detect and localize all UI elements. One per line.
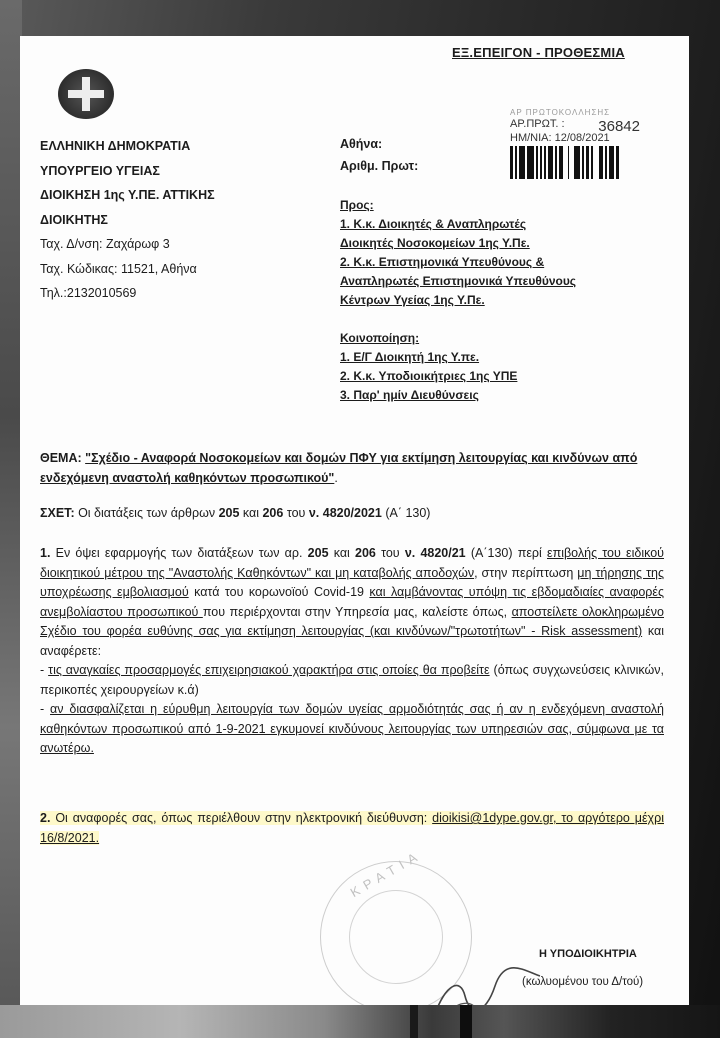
sender-line: ΔΙΟΙΚΗΤΗΣ (40, 208, 215, 233)
subject-label: ΘΕΜΑ: (40, 451, 82, 465)
recipients-block: Προς: 1. Κ.κ. Διοικητές & Αναπληρωτές Δι… (340, 196, 576, 405)
recipient-line: Αναπληρωτές Επιστημονικά Υπευθύνους (340, 272, 576, 291)
recipient-line: Κέντρων Υγείας 1ης Υ.Πε. (340, 291, 576, 310)
protocol-label: Αριθμ. Πρωτ: (340, 155, 418, 177)
related-article: 206 (262, 506, 283, 520)
subject-line: ΘΕΜΑ: "Σχέδιο - Αναφορά Νοσοκομείων και … (40, 449, 664, 488)
sender-line: ΥΠΟΥΡΓΕΙΟ ΥΓΕΙΑΣ (40, 159, 215, 184)
background-photo-left (0, 0, 22, 1038)
place-protocol-block: Αθήνα: Αριθμ. Πρωτ: (340, 133, 418, 177)
bullet-dash: - (40, 663, 48, 677)
background-stripe (460, 1005, 472, 1038)
background-stripe (410, 1005, 418, 1038)
signer-title: Η ΥΠΟΔΙΟΙΚΗΤΡΙΑ (539, 948, 637, 960)
paragraph-1: 1. Εν όψει εφαρμογής των διατάξεων των α… (40, 544, 664, 759)
bullet-item: - τις αναγκαίες προσαρμογές επιχειρησιακ… (40, 661, 664, 700)
related-reference: ΣΧΕΤ: Οι διατάξεις των άρθρων 205 και 20… (40, 504, 664, 524)
sender-line: Τηλ.:2132010569 (40, 281, 215, 306)
related-law: ν. 4820/2021 (309, 506, 382, 520)
bullet-underlined: τις αναγκαίες προσαρμογές επιχειρησιακού… (48, 663, 489, 677)
paragraph-text: κατά του κορωνοϊού Covid-19 (189, 585, 370, 599)
place-date-label: Αθήνα: (340, 133, 418, 155)
signer-note: (κωλυομένου του Δ/τού) (522, 976, 643, 988)
cc-line: 1. Ε/Γ Διοικητή 1ης Υ.πε. (340, 348, 576, 367)
paragraph-text: του (376, 546, 405, 560)
barcode-icon (510, 146, 689, 179)
sender-line: ΕΛΛΗΝΙΚΗ ΔΗΜΟΚΡΑΤΙΑ (40, 134, 215, 159)
related-text: και (239, 506, 262, 520)
paragraph-text: και (329, 546, 356, 560)
bullet-item: - αν διασφαλίζεται η εύρυθμη λειτουργία … (40, 700, 664, 759)
paragraph-text: , στην περίπτωση (474, 566, 577, 580)
paragraph-2: 2. Οι αναφορές σας, όπως περιέλθουν στην… (40, 809, 664, 848)
greek-coat-of-arms-icon (58, 69, 114, 119)
sender-line: Ταχ. Δ/νση: Ζαχάρωφ 3 (40, 232, 215, 257)
sender-line: Ταχ. Κώδικας: 11521, Αθήνα (40, 257, 215, 282)
cc-line: 2. Κ.κ. Υποδιοικήτριες 1ης ΥΠΕ (340, 367, 576, 386)
urgency-label: ΕΞ.ΕΠΕΙΓΟΝ - ΠΡΟΘΕΣΜΙΑ (452, 45, 625, 60)
sender-block: ΕΛΛΗΝΙΚΗ ΔΗΜΟΚΡΑΤΙΑ ΥΠΟΥΡΓΕΙΟ ΥΓΕΙΑΣ ΔΙΟ… (40, 134, 215, 306)
to-label: Προς: (340, 196, 576, 215)
paragraph-bold: ν. 4820/21 (405, 546, 466, 560)
stamp-date-label: ΗΜ/ΝΙΑ: (510, 132, 552, 144)
paragraph-text: Εν όψει εφαρμογής των διατάξεων των αρ. (50, 546, 307, 560)
paragraph-text: (Α΄130) περί (466, 546, 547, 560)
stamp-faint-text: ΑΡ ΠΡΩΤΟΚΟΛΛΗΣΗΣ (510, 108, 689, 118)
related-gazette: (Α΄ 130) (382, 506, 431, 520)
related-label: ΣΧΕΤ: (40, 506, 75, 520)
recipient-line: Διοικητές Νοσοκομείων 1ης Υ.Πε. (340, 234, 576, 253)
stamp-date: 12/08/2021 (555, 132, 610, 144)
recipient-line: 1. Κ.κ. Διοικητές & Αναπληρωτές (340, 215, 576, 234)
recipient-line: 2. Κ.κ. Επιστημονικά Υπευθύνους & (340, 253, 576, 272)
related-text: του (283, 506, 309, 520)
cc-label: Κοινοποίηση: (340, 329, 576, 348)
related-article: 205 (219, 506, 240, 520)
subject-text: "Σχέδιο - Αναφορά Νοσοκομείων και δομών … (40, 451, 637, 485)
related-text: Οι διατάξεις των άρθρων (75, 506, 219, 520)
bullet-dash: - (40, 702, 50, 716)
subject-trailing: . (334, 471, 337, 485)
sender-line: ΔΙΟΙΚΗΣΗ 1ης Υ.ΠΕ. ΑΤΤΙΚΗΣ (40, 183, 215, 208)
paragraph-number: 1. (40, 546, 50, 560)
protocol-stamp: ΑΡ ΠΡΩΤΟΚΟΛΛΗΣΗΣ ΑΡ.ΠΡΩΤ. : 36842 ΗΜ/ΝΙΑ… (510, 108, 689, 179)
bullet-underlined: αν διασφαλίζεται η εύρυθμη λειτουργία τω… (40, 702, 664, 755)
cc-line: 3. Παρ' ημίν Διευθύνσεις (340, 386, 576, 405)
paragraph-bold: 206 (355, 546, 376, 560)
paragraph-text: Οι αναφορές σας, όπως περιέλθουν στην ηλ… (50, 811, 432, 825)
paragraph-bold: 205 (308, 546, 329, 560)
official-document-page: ΕΞ.ΕΠΕΙΓΟΝ - ΠΡΟΘΕΣΜΙΑ ΕΛΛΗΝΙΚΗ ΔΗΜΟΚΡΑΤ… (20, 36, 689, 1005)
paragraph-number: 2. (40, 811, 50, 825)
background-photo-bottom (0, 1005, 720, 1038)
paragraph-text: που περιέρχονται στην Υπηρεσία μας, καλε… (203, 605, 512, 619)
